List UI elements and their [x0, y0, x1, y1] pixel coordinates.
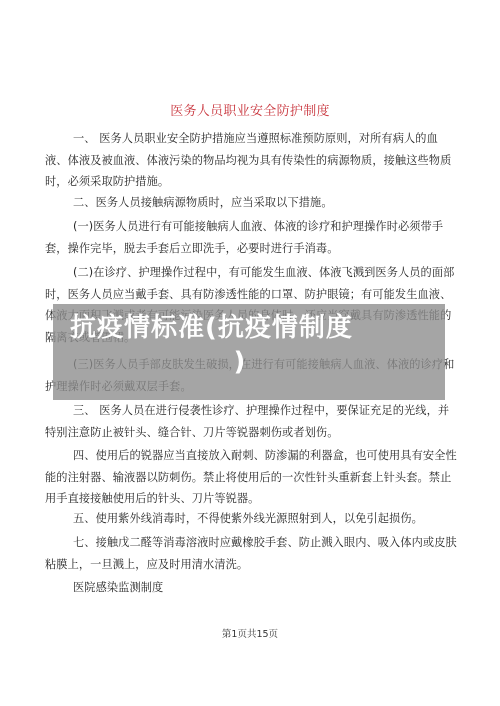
paragraph-9: 七、接触戊二醛等消毒溶液时应戴橡胶手套、防止溅入眼内、吸入体内或皮肤粘膜上，一旦… — [45, 532, 460, 575]
paragraph-10: 医院感染监测制度 — [45, 577, 460, 599]
document-page: 医务人员职业安全防护制度 一、 医务人员职业安全防护措施应当遵照标准预防原则，对… — [0, 0, 500, 706]
paragraph-1: 一、 医务人员职业安全防护措施应当遵照标准预防原则，对所有病人的血液、体液及被血… — [45, 128, 460, 193]
paragraph-3: (一)医务人员进行有可能接触病人血液、体液的诊疗和护理操作时必须带手套，操作完毕… — [45, 216, 460, 259]
paragraph-8: 五、使用紫外线消毒时，不得使紫外线光源照射到人，以免引起损伤。 — [45, 508, 460, 530]
paragraph-7: 四、使用后的锐器应当直接放入耐刺、防渗漏的利器盒，也可使用具有安全性能的注射器、… — [45, 445, 460, 510]
paragraph-2: 二、医务人员接触病源物质时，应当采取以下措施。 — [45, 192, 460, 214]
overlay-title: 抗疫情标准(抗疫情制度 ) — [70, 311, 450, 379]
overlay-title-line-1: 抗疫情标准(抗疫情制度 — [70, 313, 353, 343]
page-number: 第1页共15页 — [0, 626, 500, 640]
paragraph-6: 三、 医务人员在进行侵袭性诊疗、护理操作过程中，要保证充足的光线，并特别注意防止… — [45, 400, 460, 443]
overlay-title-line-2: ) — [70, 345, 410, 379]
document-title: 医务人员职业安全防护制度 — [0, 100, 500, 119]
